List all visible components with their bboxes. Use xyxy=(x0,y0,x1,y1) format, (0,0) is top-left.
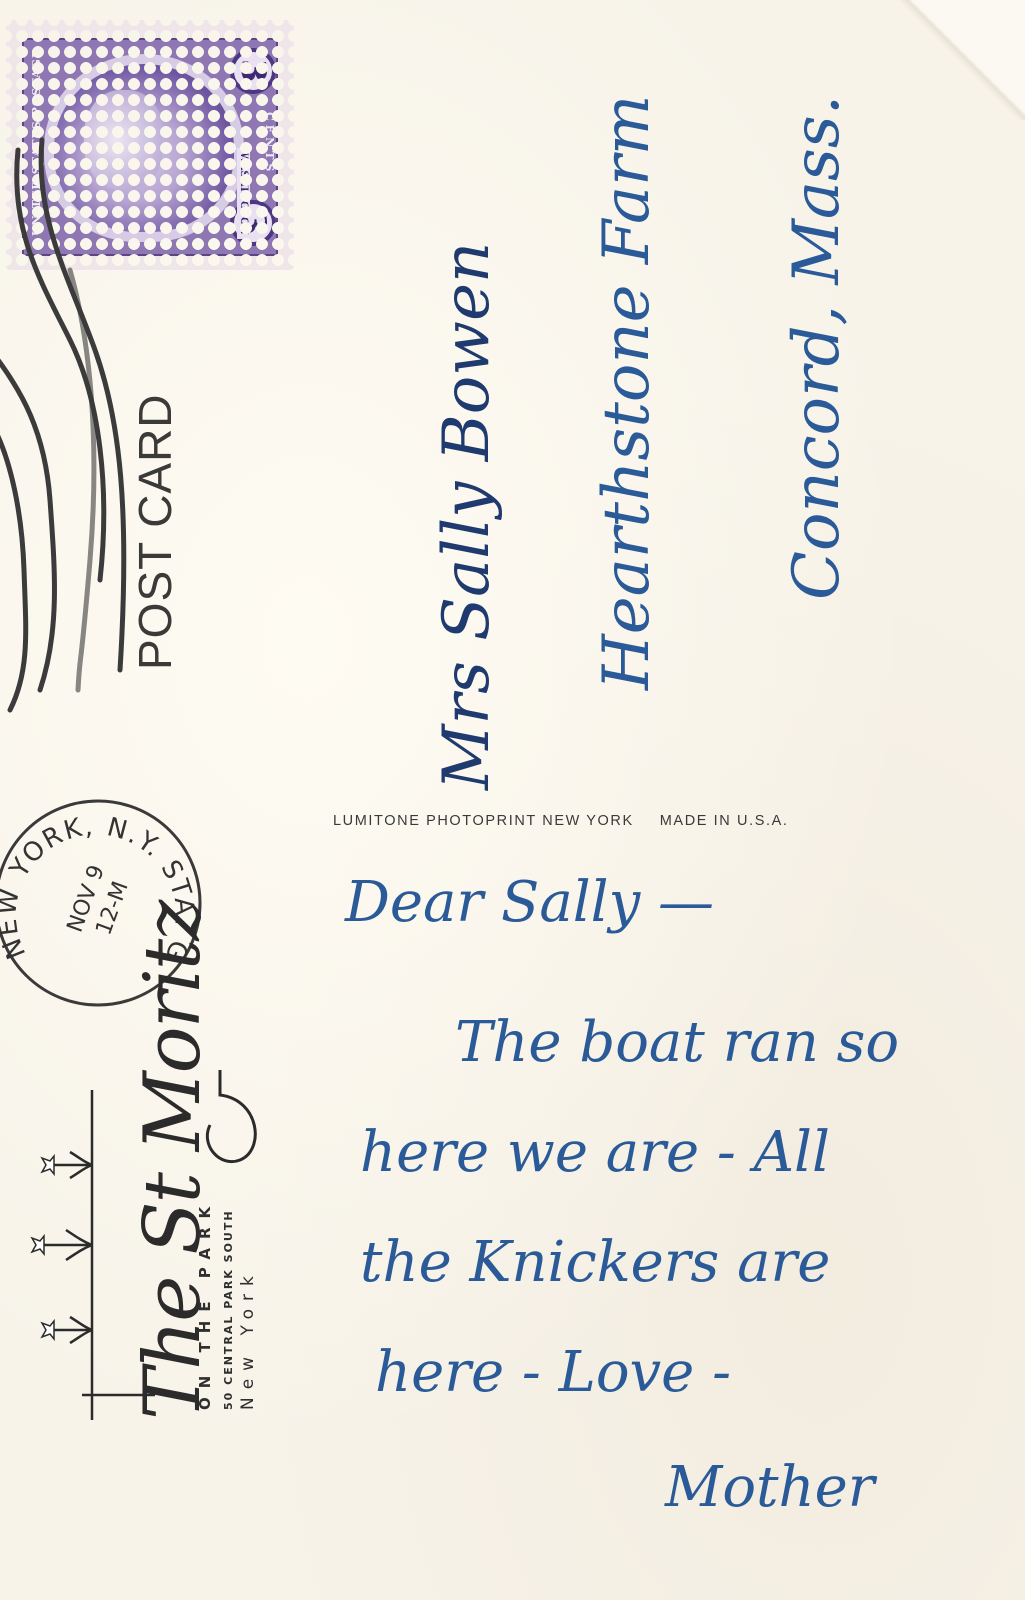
hotel-address: 50 CENTRAL PARK SOUTH xyxy=(222,1209,235,1410)
stamp-portrait-name: WASHINGTON xyxy=(237,148,250,239)
message-greeting: Dear Sally — xyxy=(345,870,714,935)
printer-imprint: LUMITONE PHOTOPRINT NEW YORKMADE IN U.S.… xyxy=(333,813,789,829)
address-line-farm: Hearthstone Farm xyxy=(590,95,664,690)
stamp-denomination-unit: CENTS xyxy=(263,112,276,175)
stamp-denomination-top: 3 xyxy=(230,48,276,94)
postcard-title: POST CARD xyxy=(128,393,182,670)
address-line-city: Concord, Mass. xyxy=(780,95,854,600)
message-line: here we are - All xyxy=(360,1120,830,1185)
address-line-recipient: Mrs Sally Bowen xyxy=(430,242,504,790)
message-line: here - Love - xyxy=(375,1340,731,1405)
country-of-origin: MADE IN U.S.A. xyxy=(660,813,789,829)
message-signature: Mother xyxy=(665,1455,875,1520)
postcard-back: UNITED STATES POSTAGE 3 3 WASHINGTON CEN… xyxy=(0,0,1025,1600)
cancellation-lines-icon xyxy=(0,110,140,730)
paper-crease xyxy=(900,0,1025,120)
message-line: the Knickers are xyxy=(360,1230,830,1295)
hotel-city: New York xyxy=(238,1268,258,1410)
printer-name: LUMITONE PHOTOPRINT NEW YORK xyxy=(333,813,634,829)
message-line: The boat ran so xyxy=(455,1010,899,1075)
hotel-tagline: ON THE PARK xyxy=(196,1198,214,1410)
